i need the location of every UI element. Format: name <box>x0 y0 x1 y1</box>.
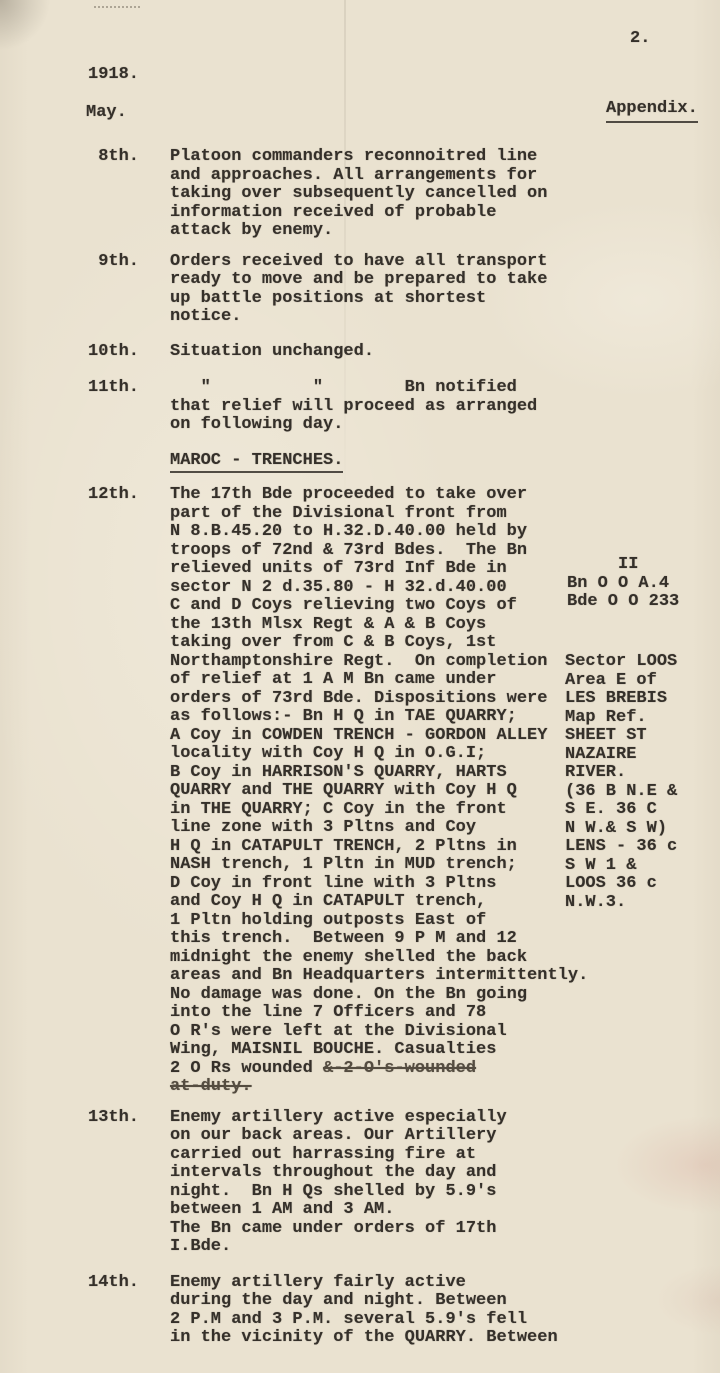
section-heading-text: MAROC - TRENCHES. <box>170 451 343 473</box>
diary-entries: 8th. Platoon commanders reconnoitred lin… <box>0 148 720 1348</box>
entry-body: Enemy artillery fairly active during the… <box>170 1274 558 1348</box>
month-label: May. <box>86 104 127 123</box>
entry-date: 14th. <box>0 1274 170 1348</box>
diary-entry-13th: 13th. Enemy artillery active especially … <box>0 1109 720 1257</box>
paper-smudge-marks <box>94 6 140 8</box>
entry-date: 10th. <box>0 343 170 362</box>
entry-body: Platoon commanders reconnoitred line and… <box>170 148 547 241</box>
entry-body: The 17th Bde proceeded to take over part… <box>170 486 588 1097</box>
diary-entry-14th: 14th. Enemy artillery fairly active duri… <box>0 1274 720 1348</box>
margin-note-reference-numbers: II Bn O O A.4 Bde O O 233 <box>567 556 679 612</box>
diary-entry-8th: 8th. Platoon commanders reconnoitred lin… <box>0 148 720 241</box>
struck-text: &-2-O's-wounded <box>323 1059 476 1078</box>
entry-date: 11th. <box>0 379 170 435</box>
diary-entry-9th: 9th. Orders received to have all transpo… <box>0 253 720 327</box>
entry-text: The 17th Bde proceeded to take over part… <box>170 485 588 1078</box>
entry-date: 9th. <box>0 253 170 327</box>
section-heading: MAROC - TRENCHES. <box>170 452 720 471</box>
entry-body: Situation unchanged. <box>170 343 374 362</box>
entry-date: 8th. <box>0 148 170 241</box>
appendix-heading: Appendix. <box>606 100 698 123</box>
diary-entry-11th: 11th. " " Bn notified that relief will p… <box>0 379 720 435</box>
entry-body: Orders received to have all transport re… <box>170 253 547 327</box>
entry-date: 12th. <box>0 486 170 1097</box>
page-number: 2. <box>630 30 650 49</box>
diary-entry-12th: 12th. The 17th Bde proceeded to take ove… <box>0 486 720 1097</box>
margin-note-map-reference: Sector LOOS Area E of LES BREBIS Map Ref… <box>565 653 677 912</box>
war-diary-page: 2. 1918. May. Appendix. 8th. Platoon com… <box>0 0 720 1373</box>
struck-text: at-duty. <box>170 1077 252 1096</box>
diary-entry-10th: 10th. Situation unchanged. <box>0 343 720 362</box>
entry-body: Enemy artillery active especially on our… <box>170 1109 507 1257</box>
year-label: 1918. <box>88 66 139 85</box>
entry-date: 13th. <box>0 1109 170 1257</box>
entry-body: " " Bn notified that relief will proceed… <box>170 379 537 435</box>
